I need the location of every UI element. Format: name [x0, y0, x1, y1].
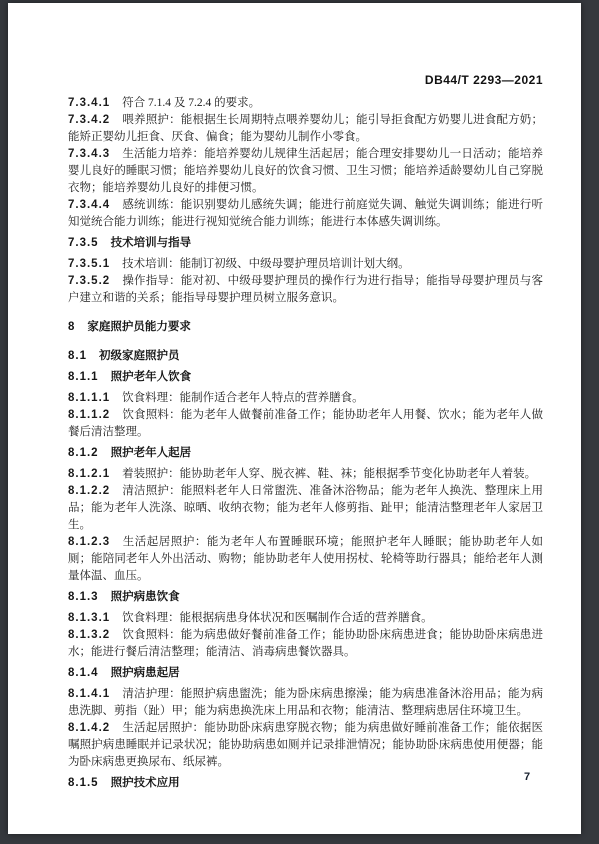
clause-text: 照护病患起居: [111, 667, 180, 679]
page-number: 7: [524, 771, 530, 783]
clause-paragraph: 8.1.1.2饮食照料：能为老年人做餐前准备工作；能协助老年人用餐、饮水；能为老…: [68, 407, 543, 441]
clause-text: 饮食照料：能为老年人做餐前准备工作；能协助老年人用餐、饮水；能为老年人做餐后清洁…: [68, 409, 543, 438]
clause-paragraph: 8.1.3.1饮食料理：能根据病患身体状况和医嘱制作合适的营养膳食。: [68, 610, 543, 627]
clause-number: 8.1.2.3: [68, 536, 110, 548]
clause-text: 喂养照护：能根据生长周期特点喂养婴幼儿；能引导拒食配方奶婴儿进食配方奶；能矫正婴…: [68, 114, 543, 143]
clause-number: 8: [68, 321, 75, 333]
clause-number: 7.3.4.4: [68, 199, 110, 211]
standard-number-header: DB44/T 2293—2021: [68, 73, 543, 88]
clause-paragraph: 7.3.5.2操作指导：能对初、中级母婴护理员的操作行为进行指导；能指导母婴护理…: [68, 273, 543, 307]
clause-text: 饮食料理：能制作适合老年人特点的营养膳食。: [122, 392, 364, 404]
clause-number: 8.1.4: [68, 667, 99, 679]
clause-text: 操作指导：能对初、中级母婴护理员的操作行为进行指导；能指导母婴护理员与客户建立和…: [68, 275, 543, 304]
clause-number: 7.3.4.3: [68, 148, 110, 160]
clause-text: 生活能力培养：能培养婴幼儿规律生活起居；能合理安排婴幼儿一日活动；能培养婴儿良好…: [68, 148, 543, 194]
clause-paragraph: 7.3.4.4感统训练：能识别婴幼儿感统失调；能进行前庭觉失调、触觉失调训练；能…: [68, 197, 543, 231]
clause-number: 8.1.2.1: [68, 468, 110, 480]
section-heading: 8.1.2照护老年人起居: [68, 445, 543, 462]
section-heading: 8.1.4照护病患起居: [68, 665, 543, 682]
clause-paragraph: 8.1.4.1清洁护理：能照护病患盥洗；能为卧床病患擦澡；能为病患准备沐浴用品；…: [68, 686, 543, 720]
document-page: DB44/T 2293—2021 7.3.4.1符合 7.1.4 及 7.2.4…: [8, 3, 581, 834]
section-heading: 8.1.1照护老年人饮食: [68, 369, 543, 386]
clause-number: 7.3.4.1: [68, 97, 110, 109]
clause-number: 8.1.3.2: [68, 629, 110, 641]
clause-number: 7.3.5.1: [68, 258, 110, 270]
clause-number: 8.1.2.2: [68, 485, 110, 497]
clause-number: 7.3.5: [68, 237, 99, 249]
clause-text: 初级家庭照护员: [99, 350, 180, 362]
clause-text: 照护老年人饮食: [111, 371, 192, 383]
clause-paragraph: 8.1.2.3生活起居照护：能为老年人布置睡眠环境；能照护老年人睡眠；能协助老年…: [68, 534, 543, 585]
clause-number: 7.3.5.2: [68, 275, 110, 287]
document-body: 7.3.4.1符合 7.1.4 及 7.2.4 的要求。7.3.4.2喂养照护：…: [68, 95, 543, 792]
section-heading: 8.1.3照护病患饮食: [68, 589, 543, 606]
clause-number: 8.1.2: [68, 447, 99, 459]
clause-text: 照护病患饮食: [111, 591, 180, 603]
clause-text: 技术培训：能制订初级、中级母婴护理员培训计划大纲。: [122, 258, 410, 270]
page-content-area: DB44/T 2293—2021 7.3.4.1符合 7.1.4 及 7.2.4…: [8, 3, 581, 834]
clause-text: 清洁照护：能照料老年人日常盥洗、准备沐浴物品；能为老年人换洗、整理床上用品；能为…: [68, 485, 543, 531]
clause-paragraph: 8.1.4.2生活起居照护：能协助卧床病患穿脱衣物；能为病患做好睡前准备工作；能…: [68, 720, 543, 771]
section-heading: 8家庭照护员能力要求: [68, 319, 543, 336]
clause-text: 着装照护：能协助老年人穿、脱衣裤、鞋、袜；能根据季节变化协助老年人着装。: [122, 468, 536, 480]
clause-text: 照护老年人起居: [111, 447, 192, 459]
clause-text: 饮食照料：能为病患做好餐前准备工作；能协助卧床病患进食；能协助卧床病患进水；能进…: [68, 629, 543, 658]
clause-text: 家庭照护员能力要求: [87, 321, 191, 333]
clause-number: 8.1.1: [68, 371, 99, 383]
clause-paragraph: 8.1.2.2清洁照护：能照料老年人日常盥洗、准备沐浴物品；能为老年人换洗、整理…: [68, 483, 543, 534]
clause-text: 技术培训与指导: [111, 237, 192, 249]
clause-text: 生活起居照护：能为老年人布置睡眠环境；能照护老年人睡眠；能协助老年人如厕；能陪同…: [68, 536, 543, 582]
clause-number: 8.1.1.2: [68, 409, 110, 421]
clause-text: 清洁护理：能照护病患盥洗；能为卧床病患擦澡；能为病患准备沐浴用品；能为病患洗脚、…: [68, 688, 543, 717]
clause-number: 8.1.4.1: [68, 688, 110, 700]
clause-paragraph: 7.3.4.2喂养照护：能根据生长周期特点喂养婴幼儿；能引导拒食配方奶婴儿进食配…: [68, 112, 543, 146]
clause-paragraph: 8.1.2.1着装照护：能协助老年人穿、脱衣裤、鞋、袜；能根据季节变化协助老年人…: [68, 466, 543, 483]
clause-text: 饮食料理：能根据病患身体状况和医嘱制作合适的营养膳食。: [122, 612, 433, 624]
section-heading: 7.3.5技术培训与指导: [68, 235, 543, 252]
clause-text: 照护技术应用: [111, 777, 180, 789]
clause-paragraph: 7.3.4.3生活能力培养：能培养婴幼儿规律生活起居；能合理安排婴幼儿一日活动；…: [68, 146, 543, 197]
clause-paragraph: 7.3.4.1符合 7.1.4 及 7.2.4 的要求。: [68, 95, 543, 112]
clause-number: 7.3.4.2: [68, 114, 110, 126]
clause-paragraph: 8.1.3.2饮食照料：能为病患做好餐前准备工作；能协助卧床病患进食；能协助卧床…: [68, 627, 543, 661]
clause-number: 8.1.3: [68, 591, 99, 603]
clause-paragraph: 8.1.1.1饮食料理：能制作适合老年人特点的营养膳食。: [68, 390, 543, 407]
section-heading: 8.1初级家庭照护员: [68, 348, 543, 365]
section-heading: 8.1.5照护技术应用: [68, 775, 543, 792]
clause-text: 感统训练：能识别婴幼儿感统失调；能进行前庭觉失调、触觉失调训练；能进行听知觉统合…: [68, 199, 543, 228]
clause-number: 8.1.3.1: [68, 612, 110, 624]
clause-paragraph: 7.3.5.1技术培训：能制订初级、中级母婴护理员培训计划大纲。: [68, 256, 543, 273]
clause-text: 符合 7.1.4 及 7.2.4 的要求。: [122, 97, 260, 109]
clause-number: 8.1: [68, 350, 87, 362]
clause-number: 8.1.4.2: [68, 722, 110, 734]
clause-text: 生活起居照护：能协助卧床病患穿脱衣物；能为病患做好睡前准备工作；能依据医嘱照护病…: [68, 722, 543, 768]
clause-number: 8.1.1.1: [68, 392, 110, 404]
clause-number: 8.1.5: [68, 777, 99, 789]
